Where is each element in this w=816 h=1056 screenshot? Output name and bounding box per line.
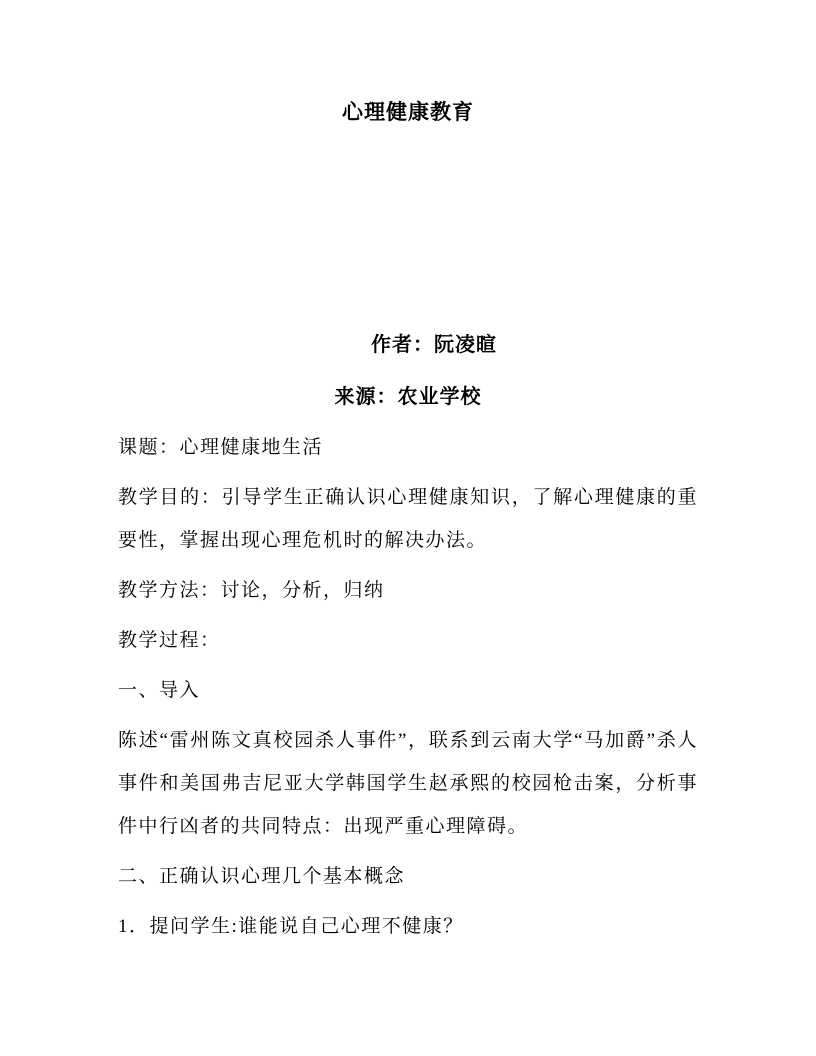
document-body: 课题：心理健康地生活 教学目的：引导学生正确认识心理健康知识，了解心理健康的重要… [0,426,816,948]
paragraph-teaching-objective: 教学目的：引导学生正确认识心理健康知识，了解心理健康的重要性，掌握出现心理危机时… [118,476,698,562]
paragraph-teaching-process: 教学过程： [118,619,698,662]
byline-source: 来源：农业学校 [0,384,816,410]
paragraph-teaching-method: 教学方法：讨论，分析，归纳 [118,569,698,612]
paragraph-topic: 课题：心理健康地生活 [118,426,698,469]
byline-author: 作者：阮凌暄 [0,332,816,358]
paragraph-section-one-heading: 一、导入 [118,669,698,712]
document-title: 心理健康教育 [0,0,816,126]
paragraph-section-two-heading: 二、正确认识心理几个基本概念 [118,855,698,898]
paragraph-question-one: 1．提问学生:谁能说自己心理不健康？ [118,905,698,948]
paragraph-section-one-body: 陈述“雷州陈文真校园杀人事件”，联系到云南大学“马加爵”杀人事件和美国弗吉尼亚大… [118,719,698,848]
document-page: 心理健康教育 作者：阮凌暄 来源：农业学校 课题：心理健康地生活 教学目的：引导… [0,0,816,1056]
